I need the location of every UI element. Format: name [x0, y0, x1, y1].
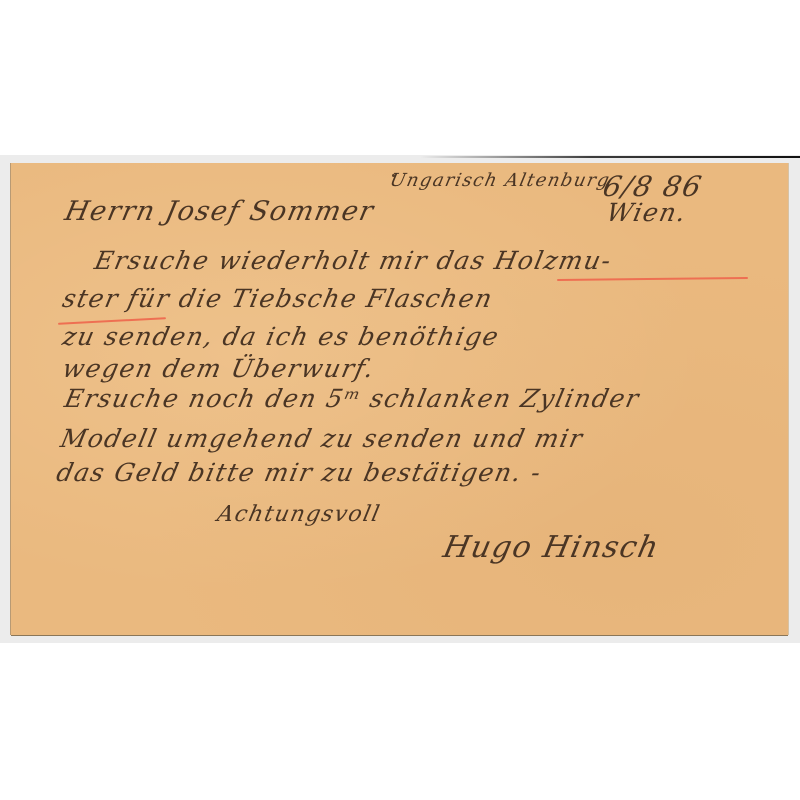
ink-dot: [392, 174, 395, 177]
closing: Achtungsvoll: [215, 502, 383, 527]
body-line-6: Modell umgehend zu senden und mir: [58, 424, 586, 453]
address-city: Wien.: [604, 198, 690, 227]
body-line-3: zu senden, da ich es benöthige: [60, 322, 502, 351]
body-line-2: ster für die Tiebsche Flaschen: [60, 284, 496, 313]
body-line-4: wegen dem Überwurf.: [60, 354, 378, 383]
signature: Hugo Hinsch: [440, 530, 663, 565]
body-line-7: das Geld bitte mir zu bestätigen. -: [54, 458, 545, 487]
address-recipient: Herrn Josef Sommer: [62, 196, 377, 227]
place-name: Ungarisch Altenburg: [388, 170, 612, 191]
scan-edge-shadow: [420, 156, 800, 158]
body-line-5: Ersuche noch den 5ᵐ schlanken Zylinder: [62, 384, 643, 413]
body-line-1: Ersuche wiederholt mir das Holzmu-: [92, 246, 615, 275]
